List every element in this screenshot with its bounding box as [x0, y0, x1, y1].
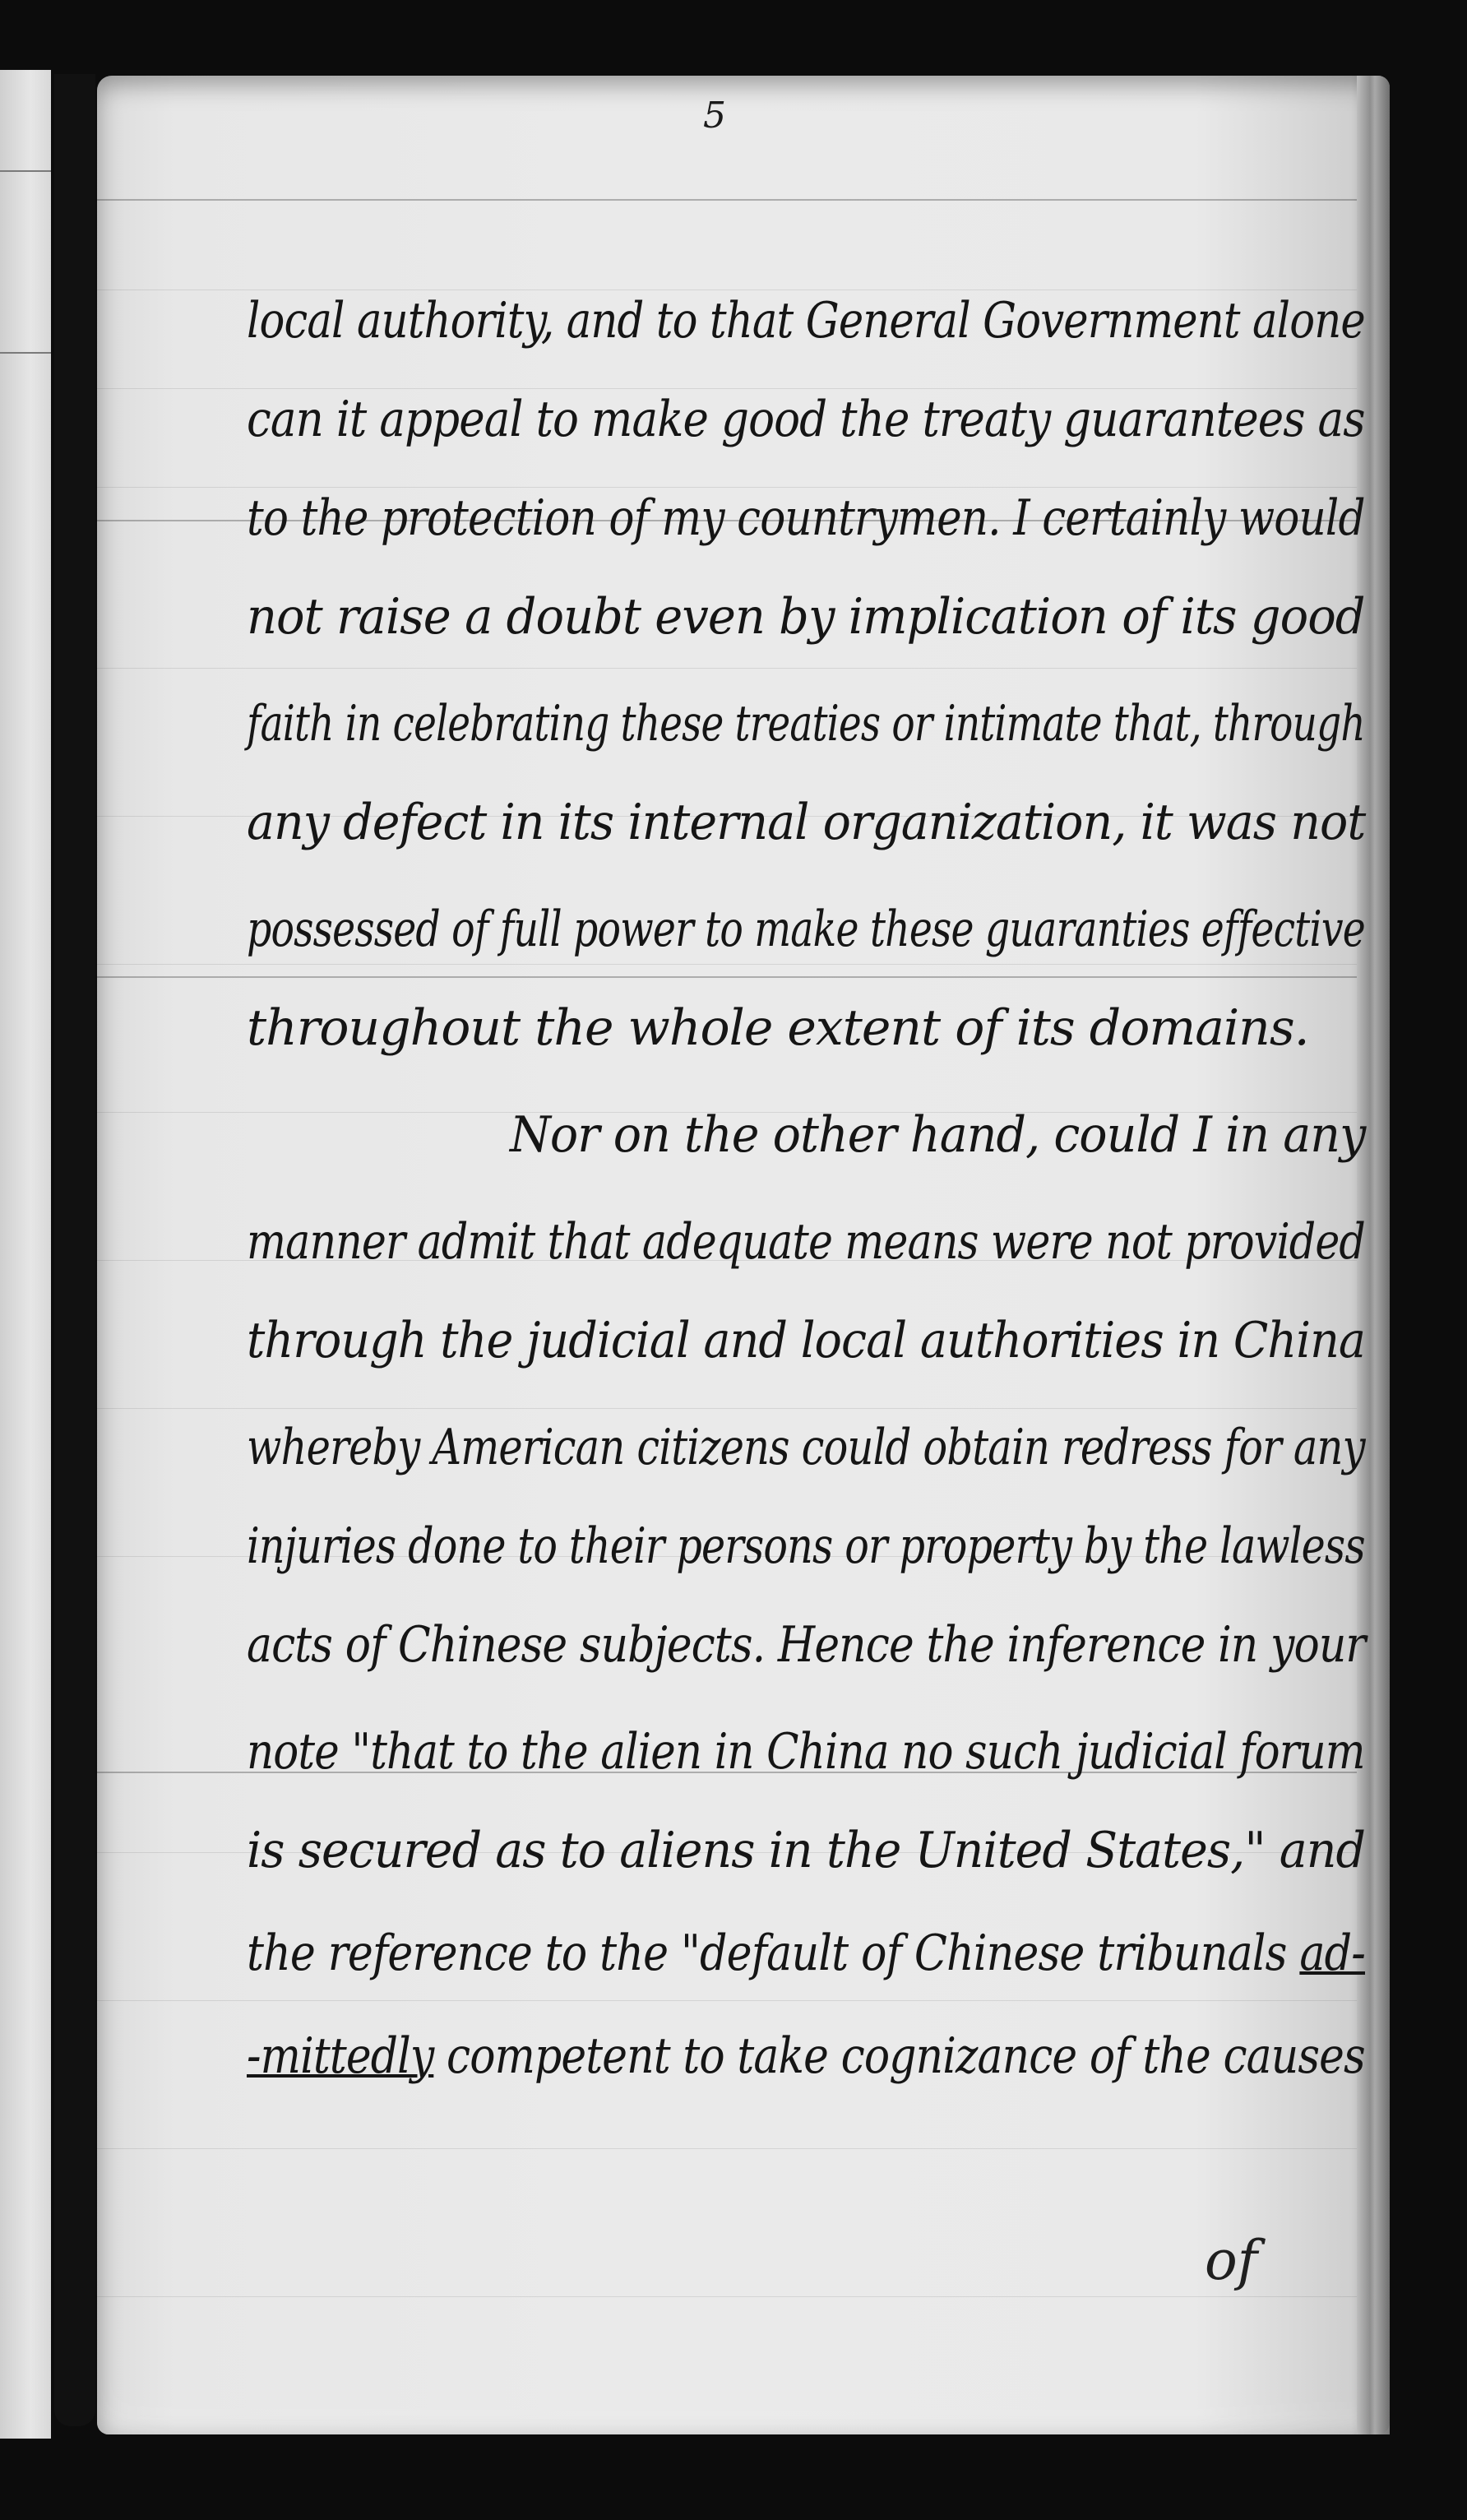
catchword: of — [1205, 2229, 1257, 2292]
adjacent-page-edge — [0, 70, 51, 2439]
ruling-line — [97, 2296, 1357, 2297]
text-line: to the protection of my countrymen. I ce… — [247, 485, 1208, 551]
text-line: can it appeal to make good the treaty gu… — [247, 387, 1236, 452]
text-line: local authority, and to that General Gov… — [247, 288, 1201, 354]
text-line: any defect in its internal organization,… — [247, 790, 1309, 855]
text-line: note "that to the alien in China no such… — [247, 1719, 1206, 1785]
ruling-line — [97, 964, 1357, 965]
ruling-line — [97, 199, 1357, 201]
page-number: 5 — [703, 95, 726, 137]
text-line: the reference to the "default of Chinese… — [247, 1920, 1221, 1986]
text-line: injuries done to their persons or proper… — [247, 1513, 1163, 1579]
text-line: faith in celebrating these treaties or i… — [247, 691, 1122, 757]
text-line: not raise a doubt even by implication of… — [247, 584, 1317, 650]
underlined-word: ad- — [1299, 1925, 1365, 1982]
ruling-line — [97, 1408, 1357, 1409]
text-line: throughout the whole extent of its domai… — [247, 995, 1365, 1061]
text-line: whereby American citizens could obtain r… — [247, 1415, 1169, 1480]
underlined-word: -mittedly — [247, 2027, 433, 2085]
book-gutter — [54, 74, 95, 2426]
text-line: acts of Chinese subjects. Hence the infe… — [247, 1612, 1215, 1678]
ruling-line — [0, 170, 51, 172]
ruling-line — [97, 976, 1357, 978]
text-line: through the judicial and local authoriti… — [247, 1308, 1281, 1373]
ruling-line — [97, 2148, 1357, 2149]
paragraph-start-line: Nor on the other hand, could I in any — [510, 1102, 1322, 1168]
text-line: manner admit that adequate means were no… — [247, 1209, 1190, 1275]
text-line: -mittedly competent to take cognizance o… — [247, 2023, 1215, 2089]
text-line: possessed of full power to make these gu… — [247, 896, 1128, 962]
ruling-line — [97, 2000, 1357, 2001]
ruling-line — [0, 352, 51, 354]
ruling-line — [97, 668, 1357, 669]
text-line: is secured as to aliens in the United St… — [247, 1818, 1309, 1883]
